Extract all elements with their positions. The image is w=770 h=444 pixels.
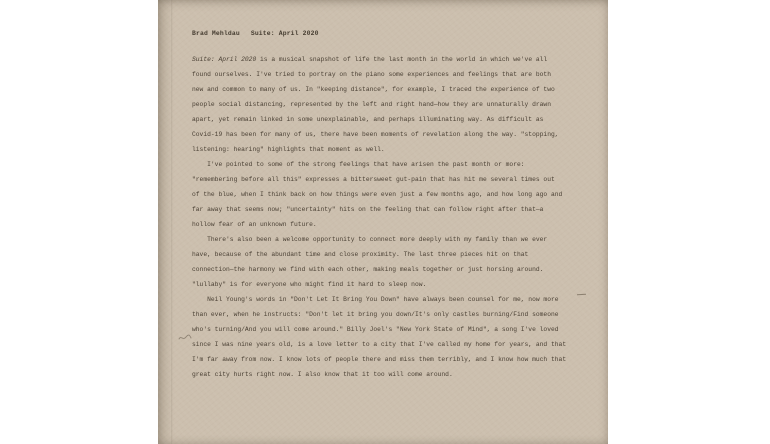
paragraph-1: Suite: April 2020 is a musical snapshot …: [192, 52, 578, 157]
liner-notes-text: Suite: April 2020 is a musical snapshot …: [192, 52, 578, 382]
page-header: Brad Mehldau Suite: April 2020: [192, 30, 319, 38]
paragraph-4: Neil Young's words in "Don't Let It Brin…: [192, 292, 578, 382]
paper-crease: [171, 0, 173, 444]
paragraph-2: I've pointed to some of the strong feeli…: [192, 157, 578, 232]
paragraph-3: There's also been a welcome opportunity …: [192, 232, 578, 292]
pencil-dash-mark: [577, 294, 586, 295]
liner-notes-page: Brad Mehldau Suite: April 2020 Suite: Ap…: [158, 0, 608, 444]
scan-viewer-background: Brad Mehldau Suite: April 2020 Suite: Ap…: [0, 0, 770, 444]
pencil-squiggle-mark: [178, 333, 192, 342]
album-title-italic: Suite: April 2020: [192, 56, 256, 63]
author-name: Brad Mehldau: [192, 30, 240, 38]
album-title: Suite: April 2020: [251, 30, 319, 38]
paragraph-1-text: is a musical snapshot of life the last m…: [192, 56, 559, 153]
